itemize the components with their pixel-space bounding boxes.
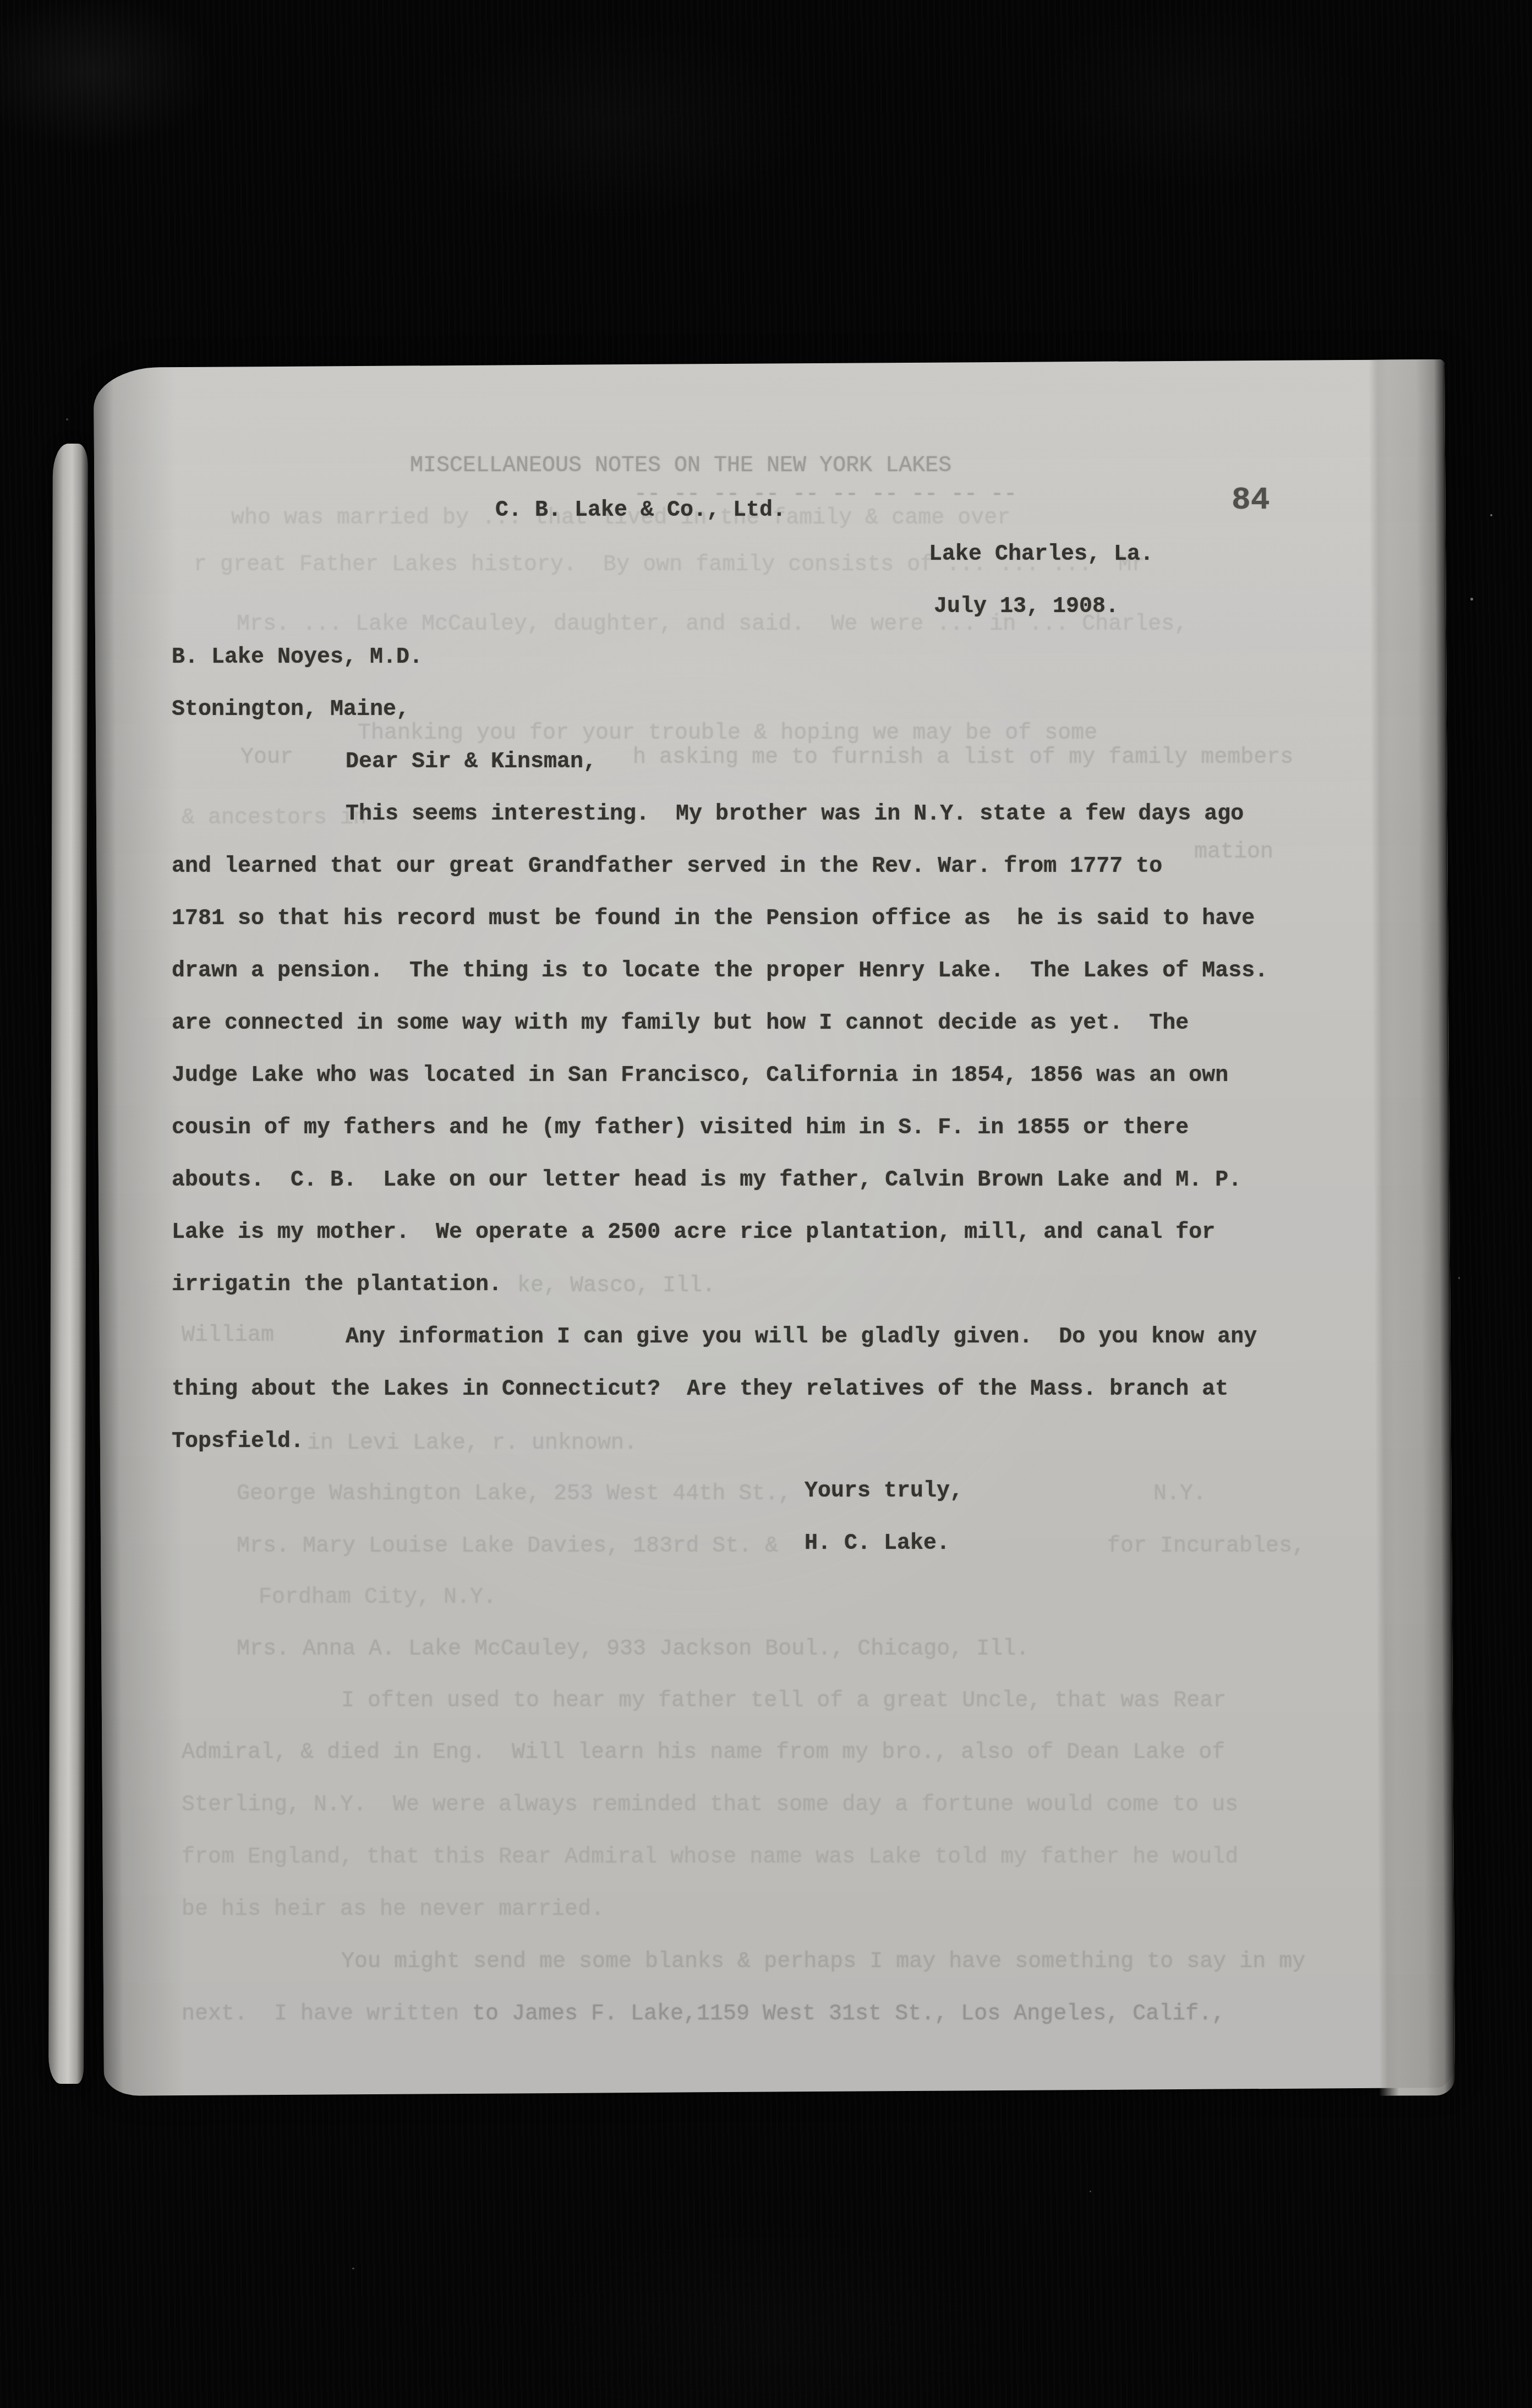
ghost-bleed-line: MISCELLANEOUS NOTES ON THE NEW YORK LAKE… bbox=[410, 452, 951, 480]
ghost-bleed-line: & ancestors in bbox=[182, 805, 366, 832]
letter-line: drawn a pension. The thing is to locate … bbox=[172, 958, 1268, 985]
ghost-bleed-line: Mrs. Mary Louise Lake Davies, 183rd St. … bbox=[237, 1533, 778, 1560]
letter-line: thing about the Lakes in Connecticut? Ar… bbox=[172, 1376, 1228, 1404]
ghost-bleed-line: Fordham City, N.Y. bbox=[259, 1584, 496, 1612]
scanned-book-photo: MISCELLANEOUS NOTES ON THE NEW YORK LAKE… bbox=[0, 0, 1532, 2408]
ghost-bleed-line: be his heir as he never married. bbox=[182, 1896, 604, 1924]
ghost-bleed-line: George Washington Lake, 253 West 44th St… bbox=[237, 1481, 791, 1508]
ghost-bleed-line: N.Y. bbox=[1153, 1481, 1206, 1508]
letter-text-layer: MISCELLANEOUS NOTES ON THE NEW YORK LAKE… bbox=[0, 0, 1532, 2408]
letter-line: July 13, 1908. bbox=[934, 593, 1119, 621]
letter-line: Judge Lake who was located in San Franci… bbox=[172, 1062, 1228, 1090]
ghost-bleed-line: in Levi Lake, r. unknown. bbox=[307, 1430, 637, 1457]
ghost-bleed-line: I often used to hear my father tell of a… bbox=[341, 1688, 1226, 1715]
letter-line: and learned that our great Grandfather s… bbox=[172, 853, 1162, 881]
ghost-bleed-line: to James F. Lake,1159 West 31st St., Los… bbox=[472, 2001, 1225, 2028]
letter-line: B. Lake Noyes, M.D. bbox=[172, 644, 423, 671]
ghost-bleed-line: h asking me to furnish a list of my fami… bbox=[633, 744, 1293, 772]
ghost-bleed-line: for Incurables, bbox=[1107, 1533, 1305, 1560]
ghost-bleed-line: Sterling, N.Y. We were always reminded t… bbox=[182, 1792, 1238, 1819]
ghost-bleed-line: Your bbox=[240, 744, 293, 772]
ghost-bleed-line: Thanking you for your trouble & hoping w… bbox=[358, 720, 1097, 747]
letter-line: Lake is my mother. We operate a 2500 acr… bbox=[172, 1219, 1215, 1247]
letter-line: are connected in some way with my family… bbox=[172, 1010, 1189, 1038]
ghost-bleed-line: You might send me some blanks & perhaps … bbox=[341, 1948, 1305, 1976]
letter-line: 1781 so that his record must be found in… bbox=[172, 905, 1255, 933]
ghost-bleed-line: mation bbox=[1194, 839, 1273, 866]
letter-line: Stonington, Maine, bbox=[172, 696, 409, 724]
ghost-bleed-line: next. I have written bbox=[182, 2001, 472, 2028]
letter-line: irrigatin the plantation. bbox=[172, 1271, 502, 1299]
ghost-bleed-line: ke, Wasco, Ill. bbox=[517, 1273, 715, 1300]
ghost-bleed-line: Admiral, & died in Eng. Will learn his n… bbox=[182, 1739, 1225, 1767]
letter-line: Any information I can give you will be g… bbox=[346, 1324, 1257, 1351]
letter-line: cousin of my fathers and he (my father) … bbox=[172, 1115, 1189, 1142]
ghost-bleed-line: Mrs. Anna A. Lake McCauley, 933 Jackson … bbox=[237, 1636, 1029, 1663]
letter-line: Yours truly, bbox=[805, 1478, 963, 1505]
ghost-bleed-line: from England, that this Rear Admiral who… bbox=[182, 1844, 1238, 1871]
letter-line: Dear Sir & Kinsman, bbox=[346, 749, 597, 776]
letter-line: abouts. C. B. Lake on our letter head is… bbox=[172, 1167, 1241, 1194]
ghost-bleed-line: William bbox=[182, 1322, 274, 1350]
letter-line: This seems interesting. My brother was i… bbox=[346, 801, 1244, 828]
letter-line: C. B. Lake & Co., Ltd. bbox=[495, 497, 786, 525]
page-number: 84 bbox=[1232, 487, 1270, 515]
letter-line: Lake Charles, La. bbox=[929, 541, 1153, 569]
letter-line: Topsfield. bbox=[172, 1428, 304, 1456]
letter-line: H. C. Lake. bbox=[805, 1530, 950, 1558]
